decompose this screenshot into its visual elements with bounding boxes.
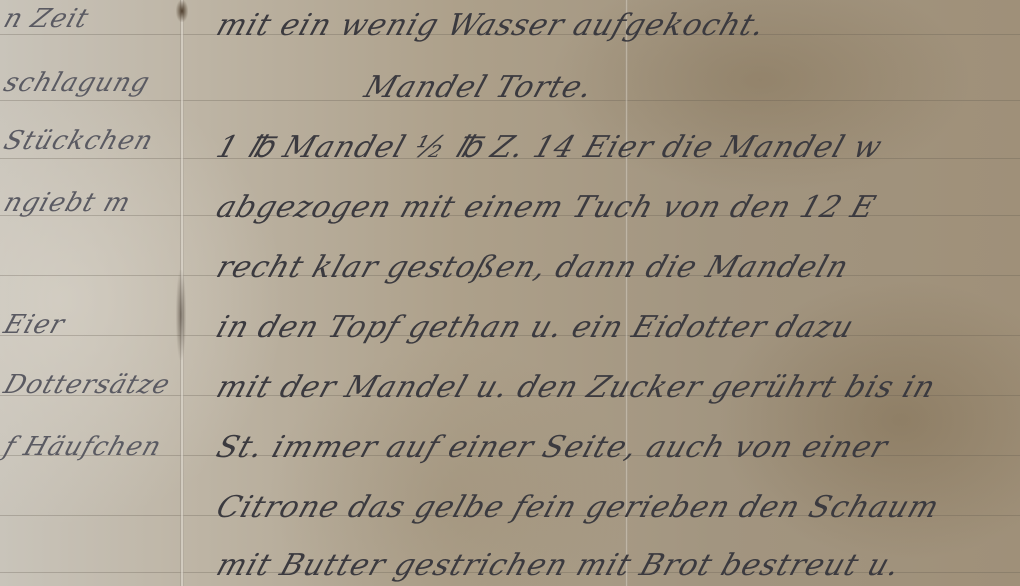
left-column-line: f Häufchen [0, 432, 166, 462]
left-column-line: Stückchen [0, 126, 158, 156]
recipe-line: mit der Mandel u. den Zucker gerührt bis… [212, 370, 940, 405]
left-column-line: Eier [0, 310, 69, 340]
left-column-line: ngiebt m [0, 188, 135, 218]
recipe-line: in den Topf gethan u. ein Eidotter dazu [212, 310, 859, 345]
recipe-line: St. immer auf einer Seite, auch von eine… [212, 430, 893, 465]
ink-stain [176, 270, 186, 360]
recipe-line: abgezogen mit einem Tuch von den 12 E [212, 190, 880, 225]
recipe-line: mit Butter gestrichen mit Brot bestreut … [212, 548, 905, 583]
recipe-line: Citrone das gelbe fein gerieben den Scha… [212, 490, 944, 525]
recipe-title: Mandel Torte. [360, 70, 598, 105]
left-column-line: schlagung [0, 68, 154, 98]
left-column-line: Dottersätze [0, 370, 174, 400]
ink-stain [176, 0, 188, 22]
recipe-line: 1 ℔ Mandel ½ ℔ Z. 14 Eier die Mandel w [212, 130, 887, 165]
recipe-line: recht klar gestoßen, dann die Mandeln [212, 250, 854, 285]
recipe-line: mit ein wenig Wasser aufgekocht. [212, 8, 770, 43]
left-column-line: n Zeit [0, 4, 93, 34]
